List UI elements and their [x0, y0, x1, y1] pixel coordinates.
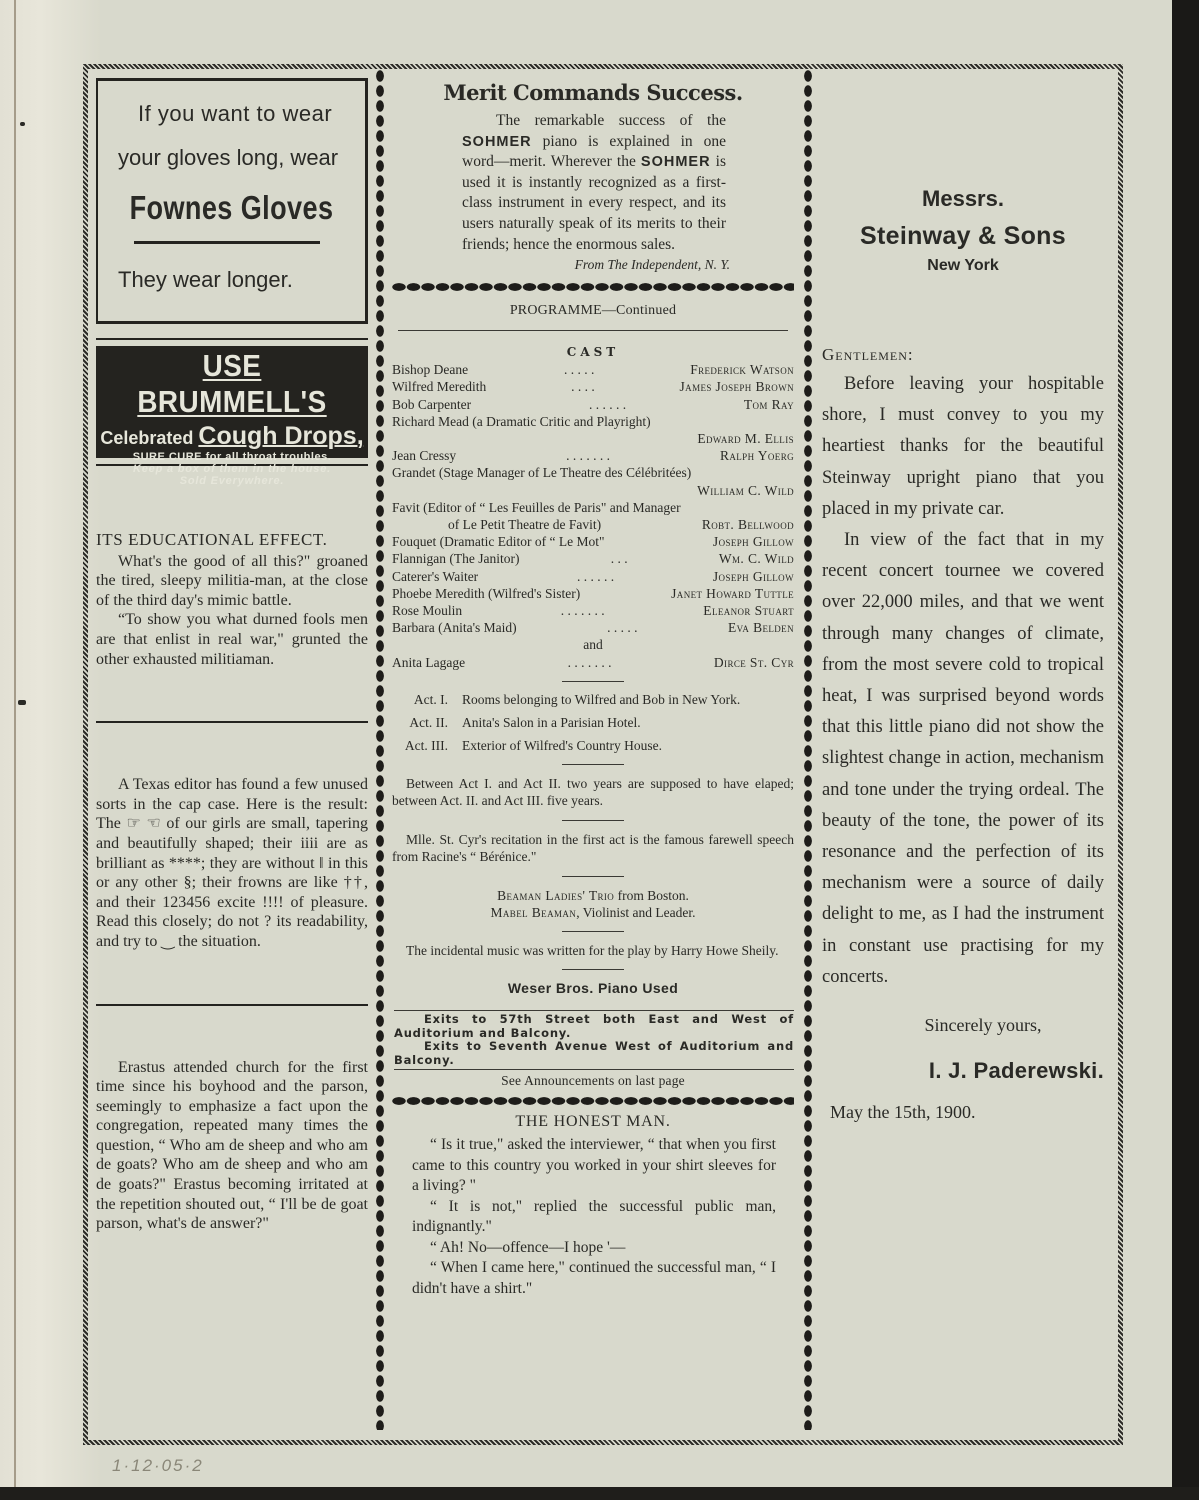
- music-credits: Beaman Ladies' Trio from Boston. Mabel B…: [392, 887, 794, 921]
- leader-dots: . . . .: [571, 378, 595, 395]
- ad-product: Cough Drops,: [198, 422, 363, 450]
- ad-brand: SOHMER: [462, 134, 532, 150]
- role: Bob Carpenter: [392, 396, 471, 413]
- ad-line: SURE CURE for all throat troubles.: [96, 451, 368, 463]
- role: Flannigan (The Janitor): [392, 550, 519, 567]
- section-divider: [96, 1004, 368, 1006]
- right-column: Messrs. Steinway & Sons New York Gentlem…: [822, 74, 1104, 1123]
- ad-text: Celebrated: [100, 428, 193, 448]
- role: Anita Lagage: [392, 654, 465, 671]
- note-text: The incidental music was written for the…: [392, 942, 794, 960]
- actor: Eva Belden: [728, 619, 794, 636]
- actor: Tom Ray: [744, 396, 794, 413]
- letter-closing: Sincerely yours,: [822, 1015, 1104, 1036]
- act-number: Act. III.: [392, 738, 462, 754]
- article-paragraph: “To show you what durned fools men are t…: [96, 610, 368, 669]
- ad-rule: [134, 241, 320, 244]
- column-divider-wavy: [374, 70, 386, 1430]
- article-educational-effect: ITS EDUCATIONAL EFFECT. What's the good …: [96, 530, 368, 669]
- cast-row: Fouquet (Dramatic Editor of “ Le Mot"Jos…: [392, 533, 794, 550]
- ad-line: Keep a box of them in the house.: [96, 463, 368, 475]
- act-number: Act. I.: [392, 692, 462, 708]
- actor: James Joseph Brown: [680, 378, 794, 395]
- role: Rose Moulin: [392, 602, 462, 619]
- cast-row: Bishop Deane. . . . .Frederick Watson: [392, 361, 794, 378]
- actor: Wm. C. Wild: [719, 550, 794, 567]
- cast-row: Jean Cressy. . . . . . .Ralph Yoerg: [392, 447, 794, 464]
- announcements-note: See Announcements on last page: [392, 1073, 794, 1089]
- background-surround: [1172, 0, 1199, 1500]
- letter-date: May the 15th, 1900.: [822, 1102, 1104, 1123]
- ad-line: Sold Everywhere.: [96, 475, 368, 487]
- actor: Dirce St. Cyr: [714, 654, 794, 671]
- trio-origin: from Boston.: [614, 888, 689, 903]
- role: Richard Mead (a Dramatic Critic and Play…: [392, 413, 794, 430]
- leader-dots: . . . . . . .: [566, 447, 610, 464]
- article-honest-man: “ Is it true," asked the interviewer, “ …: [412, 1135, 776, 1299]
- actor: William C. Wild: [392, 482, 794, 499]
- letter-addressee: Messrs.: [822, 186, 1104, 212]
- act-item: Act. III.Exterior of Wilfred's Country H…: [392, 738, 794, 754]
- cast-row: Grandet (Stage Manager of Le Theatre des…: [392, 464, 794, 498]
- cast-row: Rose Moulin. . . . . . .Eleanor Stuart: [392, 602, 794, 619]
- cast-list: Bishop Deane. . . . .Frederick Watson Wi…: [392, 361, 794, 671]
- cast-row: Anita Lagage. . . . . . .Dirce St. Cyr: [392, 654, 794, 671]
- wavy-divider: [392, 281, 794, 293]
- role: Wilfred Meredith: [392, 378, 486, 395]
- article-paragraph: Erastus attended church for the first ti…: [96, 1058, 368, 1234]
- article-title: THE HONEST MAN.: [392, 1113, 794, 1131]
- short-divider: [562, 681, 624, 682]
- sohmer-ad-body: The remarkable success of the SOHMER pia…: [462, 111, 726, 255]
- short-divider: [562, 820, 624, 821]
- role: Bishop Deane: [392, 361, 468, 378]
- binding-hole-mark: [20, 122, 25, 126]
- section-divider: [398, 330, 788, 331]
- actor: Joseph Gillow: [713, 568, 794, 585]
- letter-addressee-company: Steinway & Sons: [822, 222, 1104, 251]
- letter-body: Before leaving your hospitable shore, I …: [822, 369, 1104, 993]
- ad-line: your gloves long, wear: [118, 145, 338, 171]
- sohmer-ad-title: Merit Commands Success.: [392, 80, 794, 105]
- exit-line: Exits to Seventh Avenue West of Auditori…: [394, 1040, 794, 1067]
- leader-dots: . . .: [611, 550, 628, 567]
- trio-name: Beaman Ladies' Trio: [497, 888, 614, 903]
- exit-line: Exits to 57th Street both East and West …: [394, 1013, 794, 1040]
- cast-row: Richard Mead (a Dramatic Critic and Play…: [392, 413, 794, 447]
- act-item: Act. I.Rooms belonging to Wilfred and Bo…: [392, 692, 794, 708]
- actor: Eleanor Stuart: [703, 602, 794, 619]
- role: Grandet (Stage Manager of Le Theatre des…: [392, 464, 794, 481]
- music-note: The incidental music was written for the…: [392, 942, 794, 960]
- cast-heading: CAST: [392, 345, 794, 359]
- role: of Le Petit Theatre de Favit): [392, 516, 601, 533]
- cast-row: Caterer's Waiter. . . . . .Joseph Gillow: [392, 568, 794, 585]
- role: Jean Cressy: [392, 447, 456, 464]
- programme-heading: PROGRAMME—Continued: [392, 303, 794, 319]
- cast-row: Barbara (Anita's Maid). . . . .Eva Belde…: [392, 619, 794, 636]
- role: Barbara (Anita's Maid): [392, 619, 517, 636]
- letter-paragraph: In view of the fact that in my recent co…: [822, 525, 1104, 993]
- role: Favit (Editor of “ Les Feuilles de Paris…: [392, 499, 794, 516]
- column-divider-wavy: [802, 70, 814, 1430]
- note-text: Mlle. St. Cyr's recitation in the first …: [392, 831, 794, 866]
- leader-dots: . . . . . .: [577, 568, 614, 585]
- cast-row: Flannigan (The Janitor). . .Wm. C. Wild: [392, 550, 794, 567]
- leader-role: , Violinist and Leader.: [576, 905, 695, 920]
- role: Phoebe Meredith (Wilfred's Sister): [392, 585, 580, 602]
- binding-hole-mark: [18, 700, 26, 705]
- cast-row: Wilfred Meredith. . . .James Joseph Brow…: [392, 378, 794, 395]
- middle-column: Merit Commands Success. The remarkable s…: [392, 74, 794, 1299]
- background-surround: [0, 1487, 1199, 1500]
- article-paragraph: “ It is not," replied the successful pub…: [412, 1197, 776, 1238]
- actor: Joseph Gillow: [713, 533, 794, 550]
- cast-and: and: [392, 636, 794, 653]
- leader-dots: . . . . .: [564, 361, 594, 378]
- ad-text: The remarkable success of the: [496, 112, 726, 129]
- role: Fouquet (Dramatic Editor of “ Le Mot": [392, 533, 604, 550]
- article-erastus: Erastus attended church for the first ti…: [96, 1058, 368, 1234]
- ad-source: From The Independent, N. Y.: [392, 257, 730, 273]
- ad-brand: SOHMER: [641, 154, 711, 170]
- short-divider: [562, 969, 624, 970]
- binding-spine: [14, 0, 16, 1500]
- ad-line: If you want to wear: [138, 101, 332, 127]
- wavy-divider: [392, 1095, 794, 1107]
- article-paragraph: “ When I came here," continued the succe…: [412, 1258, 776, 1299]
- section-divider: [96, 721, 368, 723]
- leader-dots: . . . . . . .: [561, 602, 605, 619]
- article-paragraph: A Texas editor has found a few unused so…: [96, 775, 368, 951]
- actor: Ralph Yoerg: [720, 447, 794, 464]
- cast-row: Favit (Editor of “ Les Feuilles de Paris…: [392, 499, 794, 533]
- act-description: Anita's Salon in a Parisian Hotel.: [462, 715, 794, 731]
- letter-signature: I. J. Paderewski.: [822, 1058, 1104, 1084]
- piano-note: Weser Bros. Piano Used: [392, 980, 794, 996]
- brummell-cough-drops-ad: USE BRUMMELL'S Celebrated Cough Drops, S…: [96, 338, 368, 466]
- ad-headline: USE BRUMMELL'S: [110, 346, 355, 420]
- left-column: If you want to wear your gloves long, we…: [96, 74, 368, 1234]
- letter-paragraph: Before leaving your hospitable shore, I …: [822, 369, 1104, 525]
- actor: Frederick Watson: [690, 361, 794, 378]
- recitation-note: Mlle. St. Cyr's recitation in the first …: [392, 831, 794, 866]
- cast-row: Bob Carpenter. . . . . .Tom Ray: [392, 396, 794, 413]
- ad-brand: Fownes Gloves: [122, 189, 341, 227]
- letter-salutation: Gentlemen:: [822, 345, 1104, 365]
- actor: Edward M. Ellis: [392, 430, 794, 447]
- actor: Robt. Bellwood: [702, 516, 794, 533]
- article-paragraph: “ Is it true," asked the interviewer, “ …: [412, 1135, 776, 1197]
- act-item: Act. II.Anita's Salon in a Parisian Hote…: [392, 715, 794, 731]
- fownes-gloves-ad: If you want to wear your gloves long, we…: [96, 78, 368, 324]
- short-divider: [562, 764, 624, 765]
- act-description: Exterior of Wilfred's Country House.: [462, 738, 794, 754]
- acts-list: Act. I.Rooms belonging to Wilfred and Bo…: [392, 692, 794, 754]
- cast-row: Phoebe Meredith (Wilfred's Sister)Janet …: [392, 585, 794, 602]
- short-divider: [562, 931, 624, 932]
- leader-dots: . . . . .: [607, 619, 637, 636]
- letter-addressee-city: New York: [822, 257, 1104, 275]
- ad-tagline: They wear longer.: [118, 267, 293, 293]
- article-texas-editor: A Texas editor has found a few unused so…: [96, 775, 368, 951]
- time-note: Between Act I. and Act II. two years are…: [392, 775, 794, 810]
- exits-notice: Exits to 57th Street both East and West …: [394, 1010, 794, 1070]
- short-divider: [562, 876, 624, 877]
- role: Caterer's Waiter: [392, 568, 478, 585]
- article-title: ITS EDUCATIONAL EFFECT.: [96, 530, 368, 550]
- article-paragraph: What's the good of all this?" groaned th…: [96, 552, 368, 611]
- ad-line: Celebrated Cough Drops,: [96, 422, 368, 451]
- actor: Janet Howard Tuttle: [671, 585, 794, 602]
- act-description: Rooms belonging to Wilfred and Bob in Ne…: [462, 692, 794, 708]
- article-paragraph: “ Ah! No—offence—I hope '—: [412, 1238, 776, 1259]
- note-text: Between Act I. and Act II. two years are…: [392, 775, 794, 810]
- leader-name: Mabel Beaman: [491, 905, 577, 920]
- act-number: Act. II.: [392, 715, 462, 731]
- handwritten-margin-note: 1·12·05·2: [112, 1456, 204, 1476]
- leader-dots: . . . . . .: [589, 396, 626, 413]
- leader-dots: . . . . . . .: [568, 654, 612, 671]
